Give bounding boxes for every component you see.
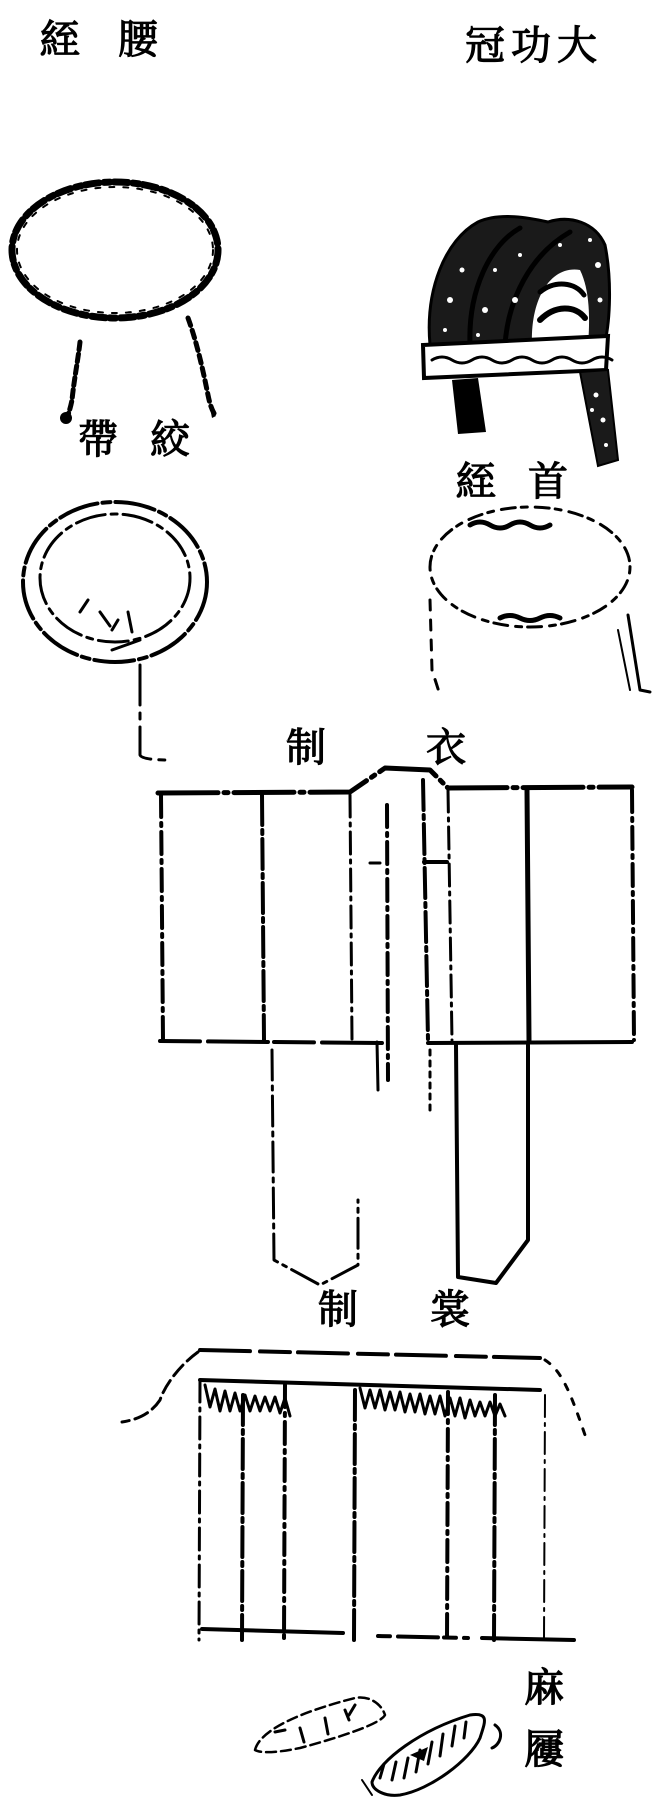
cap-drawing	[423, 217, 618, 466]
twisted-belt-label: 帶絞	[78, 420, 190, 460]
skirt-char-1: 制	[318, 1290, 358, 1330]
upper-garment-char-1: 制	[286, 728, 326, 768]
sandals-char-2: 屨	[524, 1730, 564, 1770]
skirt-char-2: 裳	[430, 1290, 470, 1330]
skirt-label: 制裳	[318, 1290, 470, 1330]
cap-char-2: 功	[511, 26, 551, 66]
cap-char-3: 大	[557, 26, 597, 66]
head-band-char-1: 絰	[456, 462, 496, 502]
upper-garment-label: 制衣	[286, 728, 466, 768]
waist-band-drawing	[12, 182, 218, 424]
skirt-drawing	[122, 1350, 585, 1640]
cap-char-1: 冠	[465, 26, 505, 66]
waist-band-char-2: 腰	[118, 20, 158, 60]
head-band-char-2: 首	[528, 462, 568, 502]
upper-garment-char-2: 衣	[426, 728, 466, 768]
twisted-belt-drawing	[23, 502, 207, 760]
sandals-char-1: 麻	[524, 1668, 564, 1708]
twisted-belt-char-1: 帶	[78, 420, 118, 460]
sandals-label: 麻屨	[524, 1668, 564, 1770]
illustration	[0, 0, 654, 1812]
sandals-drawing	[255, 1697, 501, 1795]
cap-label: 冠功大	[465, 26, 597, 66]
waist-band-label: 絰腰	[40, 20, 158, 60]
head-band-label: 絰首	[456, 462, 568, 502]
upper-garment-drawing	[158, 768, 634, 1285]
twisted-belt-char-2: 絞	[150, 420, 190, 460]
waist-band-char-1: 絰	[40, 20, 80, 60]
head-band-drawing	[430, 507, 650, 695]
